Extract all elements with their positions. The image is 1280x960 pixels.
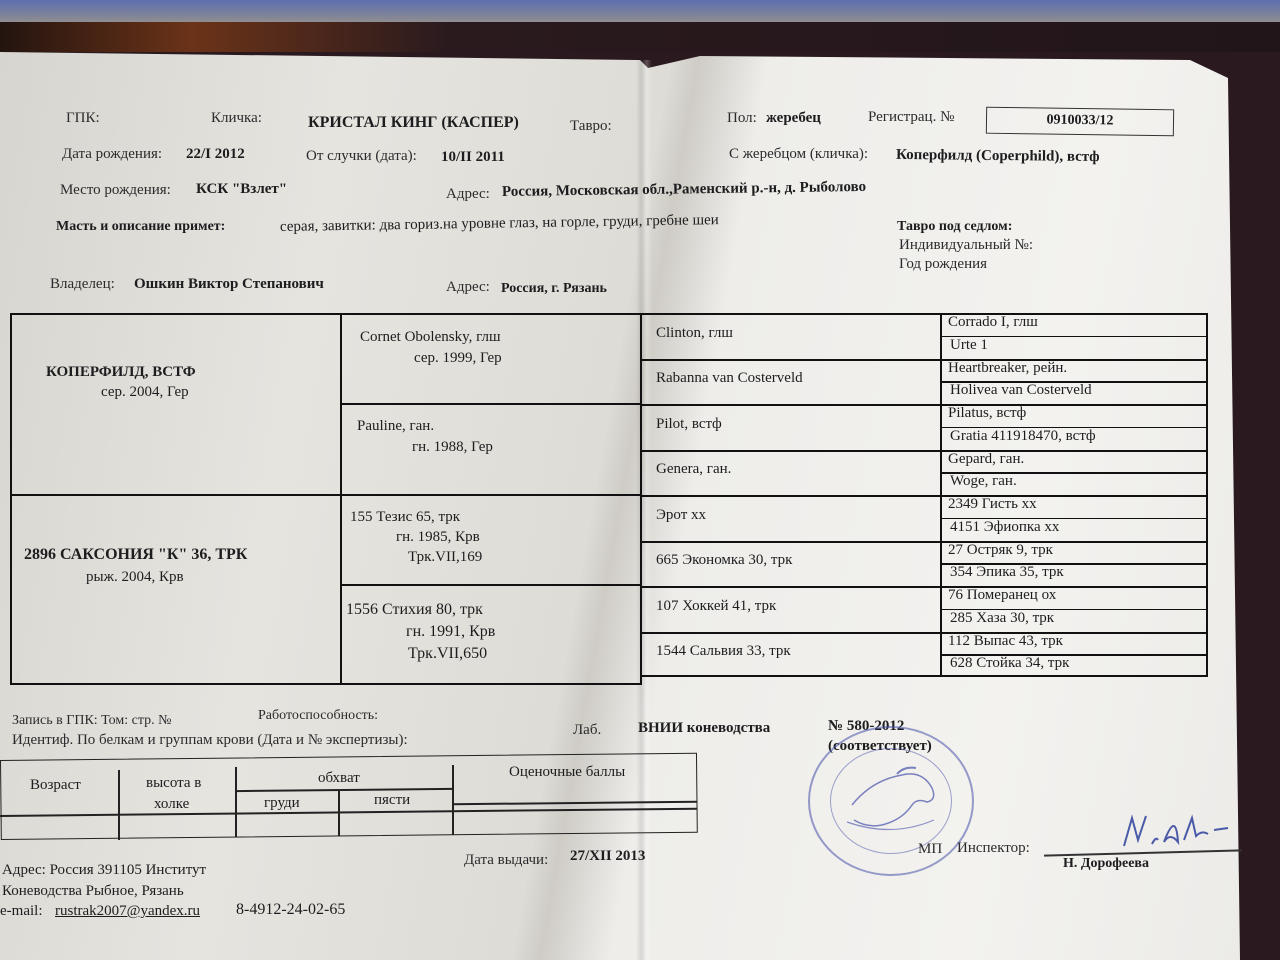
phone-number: 8-4912-24-02-65 xyxy=(236,901,345,919)
background-surface xyxy=(0,22,1280,52)
stallion-label: С жеребцом (кличка): xyxy=(729,146,868,163)
individual-no-label: Индивидуальный №: xyxy=(899,237,1033,254)
dam-name: 2896 САКСОНИЯ "К" 36, ТРК xyxy=(24,545,247,565)
saddle-brand-label: Тавро под седлом: xyxy=(897,219,1012,235)
gpk-record: Запись в ГПК: Том: стр. № xyxy=(12,713,172,729)
ident-label: Идентиф. По белкам и группам крови (Дата… xyxy=(12,732,408,749)
sire-info: сер. 2004, Гер xyxy=(101,382,189,402)
great-great-grandparent: Pilatus, встф xyxy=(948,405,1026,422)
grandsire-maternal-name: 155 Тезис 65, трк xyxy=(350,507,460,527)
birthplace-label: Место рождения: xyxy=(60,182,171,199)
great-great-grandparent: 27 Остряк 9, трк xyxy=(948,542,1053,559)
grandsire-maternal-extra: Трк.VII,169 xyxy=(408,547,482,567)
header-age: Возраст xyxy=(30,777,81,794)
great-grandparent: Эрот хх xyxy=(656,507,706,524)
row-divider xyxy=(642,586,1208,588)
birth-year-label: Год рождения xyxy=(899,256,987,273)
great-grandparent: Rabanna van Costerveld xyxy=(656,370,803,387)
granddam-paternal-info: гн. 1988, Гер xyxy=(412,437,493,457)
great-great-grandparent: 2349 Гисть хх xyxy=(948,496,1037,513)
seal-label: МП xyxy=(918,841,942,858)
header-cannon: пясти xyxy=(374,792,410,809)
row-divider xyxy=(642,541,1208,543)
horse-name: КРИСТАЛ КИНГ (КАСПЕР) xyxy=(308,114,519,132)
grandsire-maternal-info: гн. 1985, Крв xyxy=(396,527,480,547)
owner-address-value: Россия, г. Рязань xyxy=(501,281,607,297)
great-great-grandparent: 112 Выпас 43, трк xyxy=(948,633,1063,650)
address-label: Адрес: xyxy=(446,186,490,203)
institute-address-2: Коневодства Рыбное, Рязань xyxy=(2,883,184,900)
name-label: Кличка: xyxy=(211,110,262,127)
institute-address-1: Адрес: Россия 391105 Институт xyxy=(2,862,206,879)
reg-label: Регистрац. № xyxy=(868,109,954,126)
issue-date-value: 27/XII 2013 xyxy=(570,848,645,865)
mating-label: От случки (дата): xyxy=(306,148,417,165)
birth-date-label: Дата рождения: xyxy=(62,146,162,163)
inspector-signature xyxy=(1118,806,1238,856)
great-great-grandparent: Corrado I, глш xyxy=(948,314,1038,331)
great-great-grandparent: Holivea van Costerveld xyxy=(950,382,1092,399)
header-scores: Оценочные баллы xyxy=(509,764,625,781)
mating-value: 10/II 2011 xyxy=(441,149,505,166)
great-great-grandparent: 4151 Эфиопка хх xyxy=(950,519,1059,536)
row-divider xyxy=(642,632,1208,634)
grandsire-paternal-info: сер. 1999, Гер xyxy=(414,348,502,368)
great-grandparent: Pilot, встф xyxy=(656,416,722,433)
granddam-paternal-name: Pauline, ган. xyxy=(357,416,434,436)
stallion-value: Коперфилд (Coperphild), встф xyxy=(896,147,1100,166)
great-great-grandparent: 628 Стойка 34, трк xyxy=(950,655,1069,672)
sex-label: Пол: xyxy=(727,110,757,127)
dam-info: рыж. 2004, Крв xyxy=(86,567,184,587)
owner-label: Владелец: xyxy=(50,276,115,293)
registration-number: 0910033/12 xyxy=(986,107,1174,137)
row-divider xyxy=(642,359,1208,361)
row-divider xyxy=(642,495,1208,497)
great-great-grandparent: Gepard, ган. xyxy=(948,451,1024,468)
grandsire-paternal-name: Cornet Obolensky, глш xyxy=(360,327,501,347)
granddam-maternal-info: гн. 1991, Крв xyxy=(406,622,495,642)
issue-date-label: Дата выдачи: xyxy=(464,852,548,869)
header-height-1: высота в xyxy=(146,775,201,792)
row-divider xyxy=(642,404,1208,406)
owner-value: Ошкин Виктор Степанович xyxy=(134,276,324,293)
great-great-grandparent: 285 Хаза 30, трк xyxy=(950,610,1054,627)
owner-address-label: Адрес: xyxy=(446,279,490,296)
email-link[interactable]: rustrak2007@yandex.ru xyxy=(55,903,200,920)
inspector-name: Н. Дорофеева xyxy=(1063,856,1149,872)
granddam-maternal-name: 1556 Стихия 80, трк xyxy=(346,600,483,620)
brand-label: Тавро: xyxy=(570,118,612,135)
row-divider xyxy=(642,450,1208,452)
sex-value: жеребец xyxy=(766,110,821,127)
great-grandparent: 107 Хоккей 41, трк xyxy=(656,598,776,615)
lab-label: Лаб. xyxy=(573,722,601,739)
great-great-grandparent: 76 Померанец ох xyxy=(948,587,1056,604)
header-height-2: холке xyxy=(154,796,189,813)
great-grandparent: Clinton, глш xyxy=(656,325,733,342)
great-great-grandparent: Urte 1 xyxy=(950,337,988,354)
granddam-maternal-extra: Трк.VII,650 xyxy=(408,644,487,664)
horse-head-icon xyxy=(842,760,942,840)
markings-label: Масть и описание примет: xyxy=(56,219,225,235)
email-label: e-mail: xyxy=(0,903,42,920)
great-great-grandparent: 354 Эпика 35, трк xyxy=(950,564,1064,581)
gpk-label: ГПК: xyxy=(66,110,100,127)
birth-date-value: 22/I 2012 xyxy=(186,146,245,163)
header-girth: обхват xyxy=(318,770,360,787)
lab-value: ВНИИ коневодства xyxy=(638,720,770,737)
header-chest: груди xyxy=(264,795,300,812)
great-grandparent: 665 Экономка 30, трк xyxy=(656,552,792,569)
sire-name: КОПЕРФИЛД, ВСТФ xyxy=(46,362,196,382)
great-great-grandparent: Gratia 411918470, встф xyxy=(950,428,1096,445)
great-great-grandparent: Woge, ган. xyxy=(950,473,1017,490)
birthplace-value: КСК "Взлет" xyxy=(196,181,287,198)
great-great-grandparent: Heartbreaker, рейн. xyxy=(948,360,1067,377)
great-grandparent: 1544 Сальвия 33, трк xyxy=(656,643,791,660)
great-grandparent: Genera, ган. xyxy=(656,461,731,478)
inspector-label: Инспектор: xyxy=(957,840,1030,857)
working-capacity-label: Работоспособность: xyxy=(258,708,378,724)
